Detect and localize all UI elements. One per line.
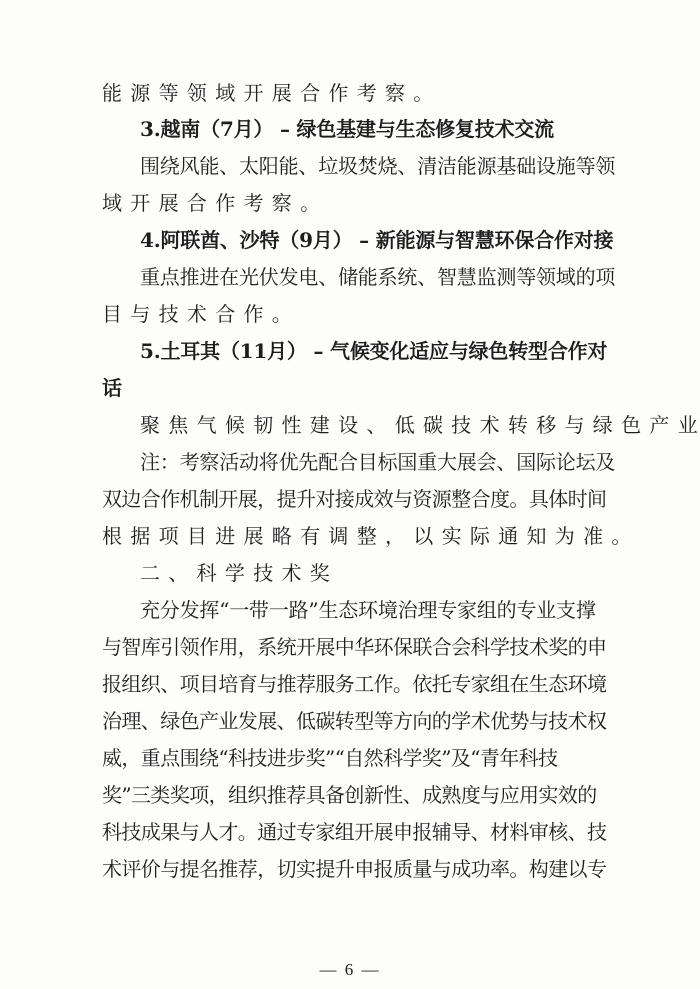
- text-line: 围绕风能、太阳能、垃圾焚烧、清洁能源基础设施等领: [140, 153, 615, 179]
- text-line: 科技成果与人才。通过专家组开展申报辅导、材料审核、技: [102, 819, 606, 845]
- page-number: — 6 —: [0, 960, 700, 980]
- text-line: 威，重点围绕“科技进步奖”“自然科学奖”及“青年科技: [102, 745, 558, 771]
- text-line: 目与技术合作。: [102, 301, 300, 327]
- text-line: 域开展合作考察。: [102, 190, 328, 216]
- text-line: 术评价与提名推荐，切实提升申报质量与成功率。构建以专: [102, 856, 606, 882]
- text-line: 二、科学技术奖: [140, 560, 338, 586]
- text-line: 报组织、项目培育与推荐服务工作。依托专家组在生态环境: [102, 671, 606, 697]
- text-line: 根据项目进展略有调整，以实际通知为准。: [102, 523, 640, 549]
- text-line: 聚焦气候韧性建设、低碳技术转移与绿色产业合作。: [140, 412, 700, 438]
- text-line: 能源等领域开展合作考察。: [102, 80, 442, 106]
- text-line: 与智库引领作用，系统开展中华环保联合会科学技术奖的申: [102, 634, 606, 660]
- text-line: 5.土耳其（11月） – 气候变化适应与绿色转型合作对: [140, 338, 607, 364]
- text-line: 治理、绿色产业发展、低碳转型等方向的学术优势与技术权: [102, 708, 606, 734]
- text-line: 4.阿联酋、沙特（9月） – 新能源与智慧环保合作对接: [140, 227, 613, 253]
- text-line: 3.越南（7月） – 绿色基建与生态修复技术交流: [140, 116, 554, 142]
- text-line: 充分发挥“一带一路”生态环境治理专家组的专业支撑: [140, 597, 596, 623]
- text-line: 奖”三类奖项，组织推荐具备创新性、成熟度与应用实效的: [102, 782, 597, 808]
- text-line: 话: [102, 375, 130, 401]
- text-line: 注：考察活动将优先配合目标国重大展会、国际论坛及: [140, 449, 615, 475]
- text-line: 双边合作机制开展，提升对接成效与资源整合度。具体时间: [102, 486, 606, 512]
- text-line: 重点推进在光伏发电、储能系统、智慧监测等领域的项: [140, 264, 615, 290]
